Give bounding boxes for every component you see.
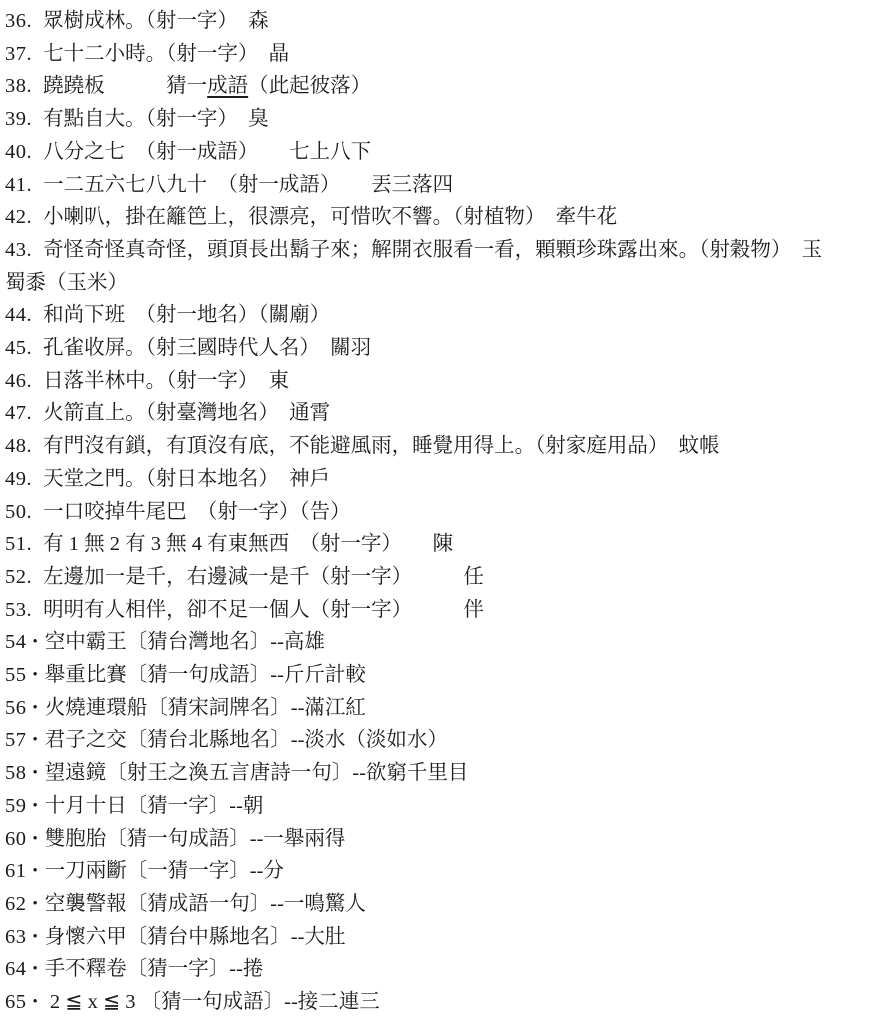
- riddle-line: 52.左邊加一是千，右邊減一是千（射一字） 任: [5, 561, 886, 594]
- riddle-line: 36.眾樹成林。（射一字） 森: [5, 5, 886, 38]
- document-page: 36.眾樹成林。（射一字） 森37.七十二小時。（射一字） 晶38.蹺蹺板 猜一…: [0, 0, 892, 1024]
- riddle-line: 37.七十二小時。（射一字） 晶: [5, 38, 886, 71]
- riddle-text: 眾樹成林。（射一字） 森: [43, 10, 269, 32]
- riddle-number: 47.: [5, 397, 32, 430]
- riddle-number: 54: [5, 626, 27, 659]
- riddle-line: 49.天堂之門。（射日本地名） 神戶: [5, 463, 886, 496]
- bullet-icon: •: [33, 921, 38, 954]
- riddle-number: 37.: [5, 38, 32, 71]
- riddle-line: 62•空襲警報〔猜成語一句〕--一鳴驚人: [5, 888, 886, 921]
- riddle-line: 56•火燒連環船〔猜宋詞牌名〕--滿江紅: [5, 692, 886, 725]
- riddle-number: 40.: [5, 136, 32, 169]
- riddle-text: 和尚下班 （射一地名）（關廟）: [43, 304, 330, 326]
- riddle-text: 君子之交〔猜台北縣地名〕--淡水（淡如水）: [45, 729, 448, 751]
- riddle-line: 60•雙胞胎〔猜一句成語〕--一舉兩得: [5, 823, 886, 856]
- riddle-number: 63: [5, 921, 27, 954]
- riddle-number: 65: [5, 986, 27, 1019]
- riddle-text: 孔雀收屏。（射三國時代人名） 關羽: [43, 337, 371, 359]
- riddle-number: 58: [5, 757, 27, 790]
- riddle-number: 55: [5, 659, 27, 692]
- riddle-line: 58•望遠鏡〔射王之渙五言唐詩一句〕--欲窮千里目: [5, 757, 886, 790]
- riddle-number: 43.: [5, 234, 32, 267]
- riddle-number: 48.: [5, 430, 32, 463]
- bullet-icon: •: [33, 659, 38, 692]
- riddle-text: 望遠鏡〔射王之渙五言唐詩一句〕--欲窮千里目: [45, 762, 469, 784]
- riddle-number: 46.: [5, 365, 32, 398]
- riddle-line: 51.有 1 無 2 有 3 無 4 有東無西 （射一字） 陳: [5, 528, 886, 561]
- riddle-line: 48.有門沒有鎖，有頂沒有底，不能避風雨，睡覺用得上。（射家庭用品） 蚊帳: [5, 430, 886, 463]
- riddle-line: 55•舉重比賽〔猜一句成語〕--斤斤計較: [5, 659, 886, 692]
- riddle-line: 61•一刀兩斷〔一猜一字〕--分: [5, 855, 886, 888]
- riddle-list: 36.眾樹成林。（射一字） 森37.七十二小時。（射一字） 晶38.蹺蹺板 猜一…: [5, 5, 886, 1019]
- riddle-number: 59: [5, 790, 27, 823]
- riddle-number: 45.: [5, 332, 32, 365]
- riddle-number: 51.: [5, 528, 32, 561]
- riddle-text: 雙胞胎〔猜一句成語〕--一舉兩得: [45, 828, 346, 850]
- riddle-line: 53.明明有人相伴，卻不足一個人（射一字） 伴: [5, 594, 886, 627]
- riddle-text: 火箭直上。（射臺灣地名） 通霄: [43, 402, 330, 424]
- riddle-number: 38.: [5, 70, 32, 103]
- riddle-number: 52.: [5, 561, 32, 594]
- riddle-line: 47.火箭直上。（射臺灣地名） 通霄: [5, 397, 886, 430]
- riddle-text: 奇怪奇怪真奇怪，頭頂長出鬍子來；解開衣服看一看，顆顆珍珠露出來。（射穀物） 玉蜀…: [5, 239, 822, 294]
- riddle-line: 65• 2 ≦ x ≦ 3 〔猜一句成語〕--接二連三: [5, 986, 886, 1019]
- riddle-number: 41.: [5, 169, 32, 202]
- riddle-number: 60: [5, 823, 27, 856]
- riddle-text: 有 1 無 2 有 3 無 4 有東無西 （射一字） 陳: [43, 533, 453, 555]
- riddle-line: 42.小喇叭，掛在籬笆上，很漂亮，可惜吹不響。（射植物） 牽牛花: [5, 201, 886, 234]
- riddle-text: 十月十日〔猜一字〕--朝: [45, 795, 264, 817]
- riddle-number: 44.: [5, 299, 32, 332]
- riddle-line: 40.八分之七 （射一成語） 七上八下: [5, 136, 886, 169]
- riddle-line: 64•手不釋卷〔猜一字〕--捲: [5, 953, 886, 986]
- riddle-text: 天堂之門。（射日本地名） 神戶: [43, 468, 330, 490]
- riddle-text: 左邊加一是千，右邊減一是千（射一字） 任: [43, 566, 484, 588]
- bullet-icon: •: [33, 823, 38, 856]
- riddle-number: 50.: [5, 496, 32, 529]
- riddle-line: 38.蹺蹺板 猜一成語（此起彼落）: [5, 70, 886, 103]
- riddle-text: 八分之七 （射一成語） 七上八下: [43, 141, 371, 163]
- riddle-text: 一刀兩斷〔一猜一字〕--分: [45, 860, 284, 882]
- bullet-icon: •: [33, 888, 38, 921]
- riddle-text: 日落半林中。（射一字） 東: [43, 370, 289, 392]
- riddle-number: 62: [5, 888, 27, 921]
- riddle-line: 44.和尚下班 （射一地名）（關廟）: [5, 299, 886, 332]
- riddle-number: 57: [5, 724, 27, 757]
- riddle-text: 七十二小時。（射一字） 晶: [43, 43, 289, 65]
- riddle-line: 43.奇怪奇怪真奇怪，頭頂長出鬍子來；解開衣服看一看，顆顆珍珠露出來。（射穀物）…: [5, 234, 886, 299]
- riddle-line: 57•君子之交〔猜台北縣地名〕--淡水（淡如水）: [5, 724, 886, 757]
- bullet-icon: •: [33, 757, 38, 790]
- riddle-line: 46.日落半林中。（射一字） 東: [5, 365, 886, 398]
- riddle-text: 一口咬掉牛尾巴 （射一字）（告）: [43, 501, 351, 523]
- riddle-text: 蹺蹺板 猜一成語（此起彼落）: [43, 75, 371, 97]
- bullet-icon: •: [33, 626, 38, 659]
- riddle-line: 39.有點自大。（射一字） 臭: [5, 103, 886, 136]
- bullet-icon: •: [33, 986, 38, 1019]
- riddle-text: 有點自大。（射一字） 臭: [43, 108, 269, 130]
- riddle-text: 身懷六甲〔猜台中縣地名〕--大肚: [45, 926, 346, 948]
- riddle-number: 61: [5, 855, 27, 888]
- riddle-text: 有門沒有鎖，有頂沒有底，不能避風雨，睡覺用得上。（射家庭用品） 蚊帳: [43, 435, 720, 457]
- riddle-text: 空中霸王〔猜台灣地名〕--高雄: [45, 631, 325, 653]
- riddle-line: 54•空中霸王〔猜台灣地名〕--高雄: [5, 626, 886, 659]
- riddle-text: 明明有人相伴，卻不足一個人（射一字） 伴: [43, 599, 484, 621]
- riddle-number: 64: [5, 953, 27, 986]
- riddle-number: 42.: [5, 201, 32, 234]
- riddle-line: 50.一口咬掉牛尾巴 （射一字）（告）: [5, 496, 886, 529]
- riddle-text: 手不釋卷〔猜一字〕--捲: [45, 958, 264, 980]
- riddle-number: 39.: [5, 103, 32, 136]
- bullet-icon: •: [33, 953, 38, 986]
- riddle-text: 小喇叭，掛在籬笆上，很漂亮，可惜吹不響。（射植物） 牽牛花: [43, 206, 617, 228]
- riddle-text: 2 ≦ x ≦ 3 〔猜一句成語〕--接二連三: [45, 991, 380, 1013]
- riddle-line: 59•十月十日〔猜一字〕--朝: [5, 790, 886, 823]
- riddle-number: 36.: [5, 5, 32, 38]
- riddle-text: 空襲警報〔猜成語一句〕--一鳴驚人: [45, 893, 366, 915]
- riddle-line: 45.孔雀收屏。（射三國時代人名） 關羽: [5, 332, 886, 365]
- riddle-text: 舉重比賽〔猜一句成語〕--斤斤計較: [45, 664, 366, 686]
- riddle-number: 56: [5, 692, 27, 725]
- bullet-icon: •: [33, 692, 38, 725]
- bullet-icon: •: [33, 724, 38, 757]
- bullet-icon: •: [33, 790, 38, 823]
- riddle-line: 41.一二五六七八九十 （射一成語） 丟三落四: [5, 169, 886, 202]
- riddle-number: 53.: [5, 594, 32, 627]
- riddle-text: 火燒連環船〔猜宋詞牌名〕--滿江紅: [45, 697, 366, 719]
- riddle-text: 一二五六七八九十 （射一成語） 丟三落四: [43, 174, 453, 196]
- riddle-line: 63•身懷六甲〔猜台中縣地名〕--大肚: [5, 921, 886, 954]
- riddle-number: 49.: [5, 463, 32, 496]
- bullet-icon: •: [33, 855, 38, 888]
